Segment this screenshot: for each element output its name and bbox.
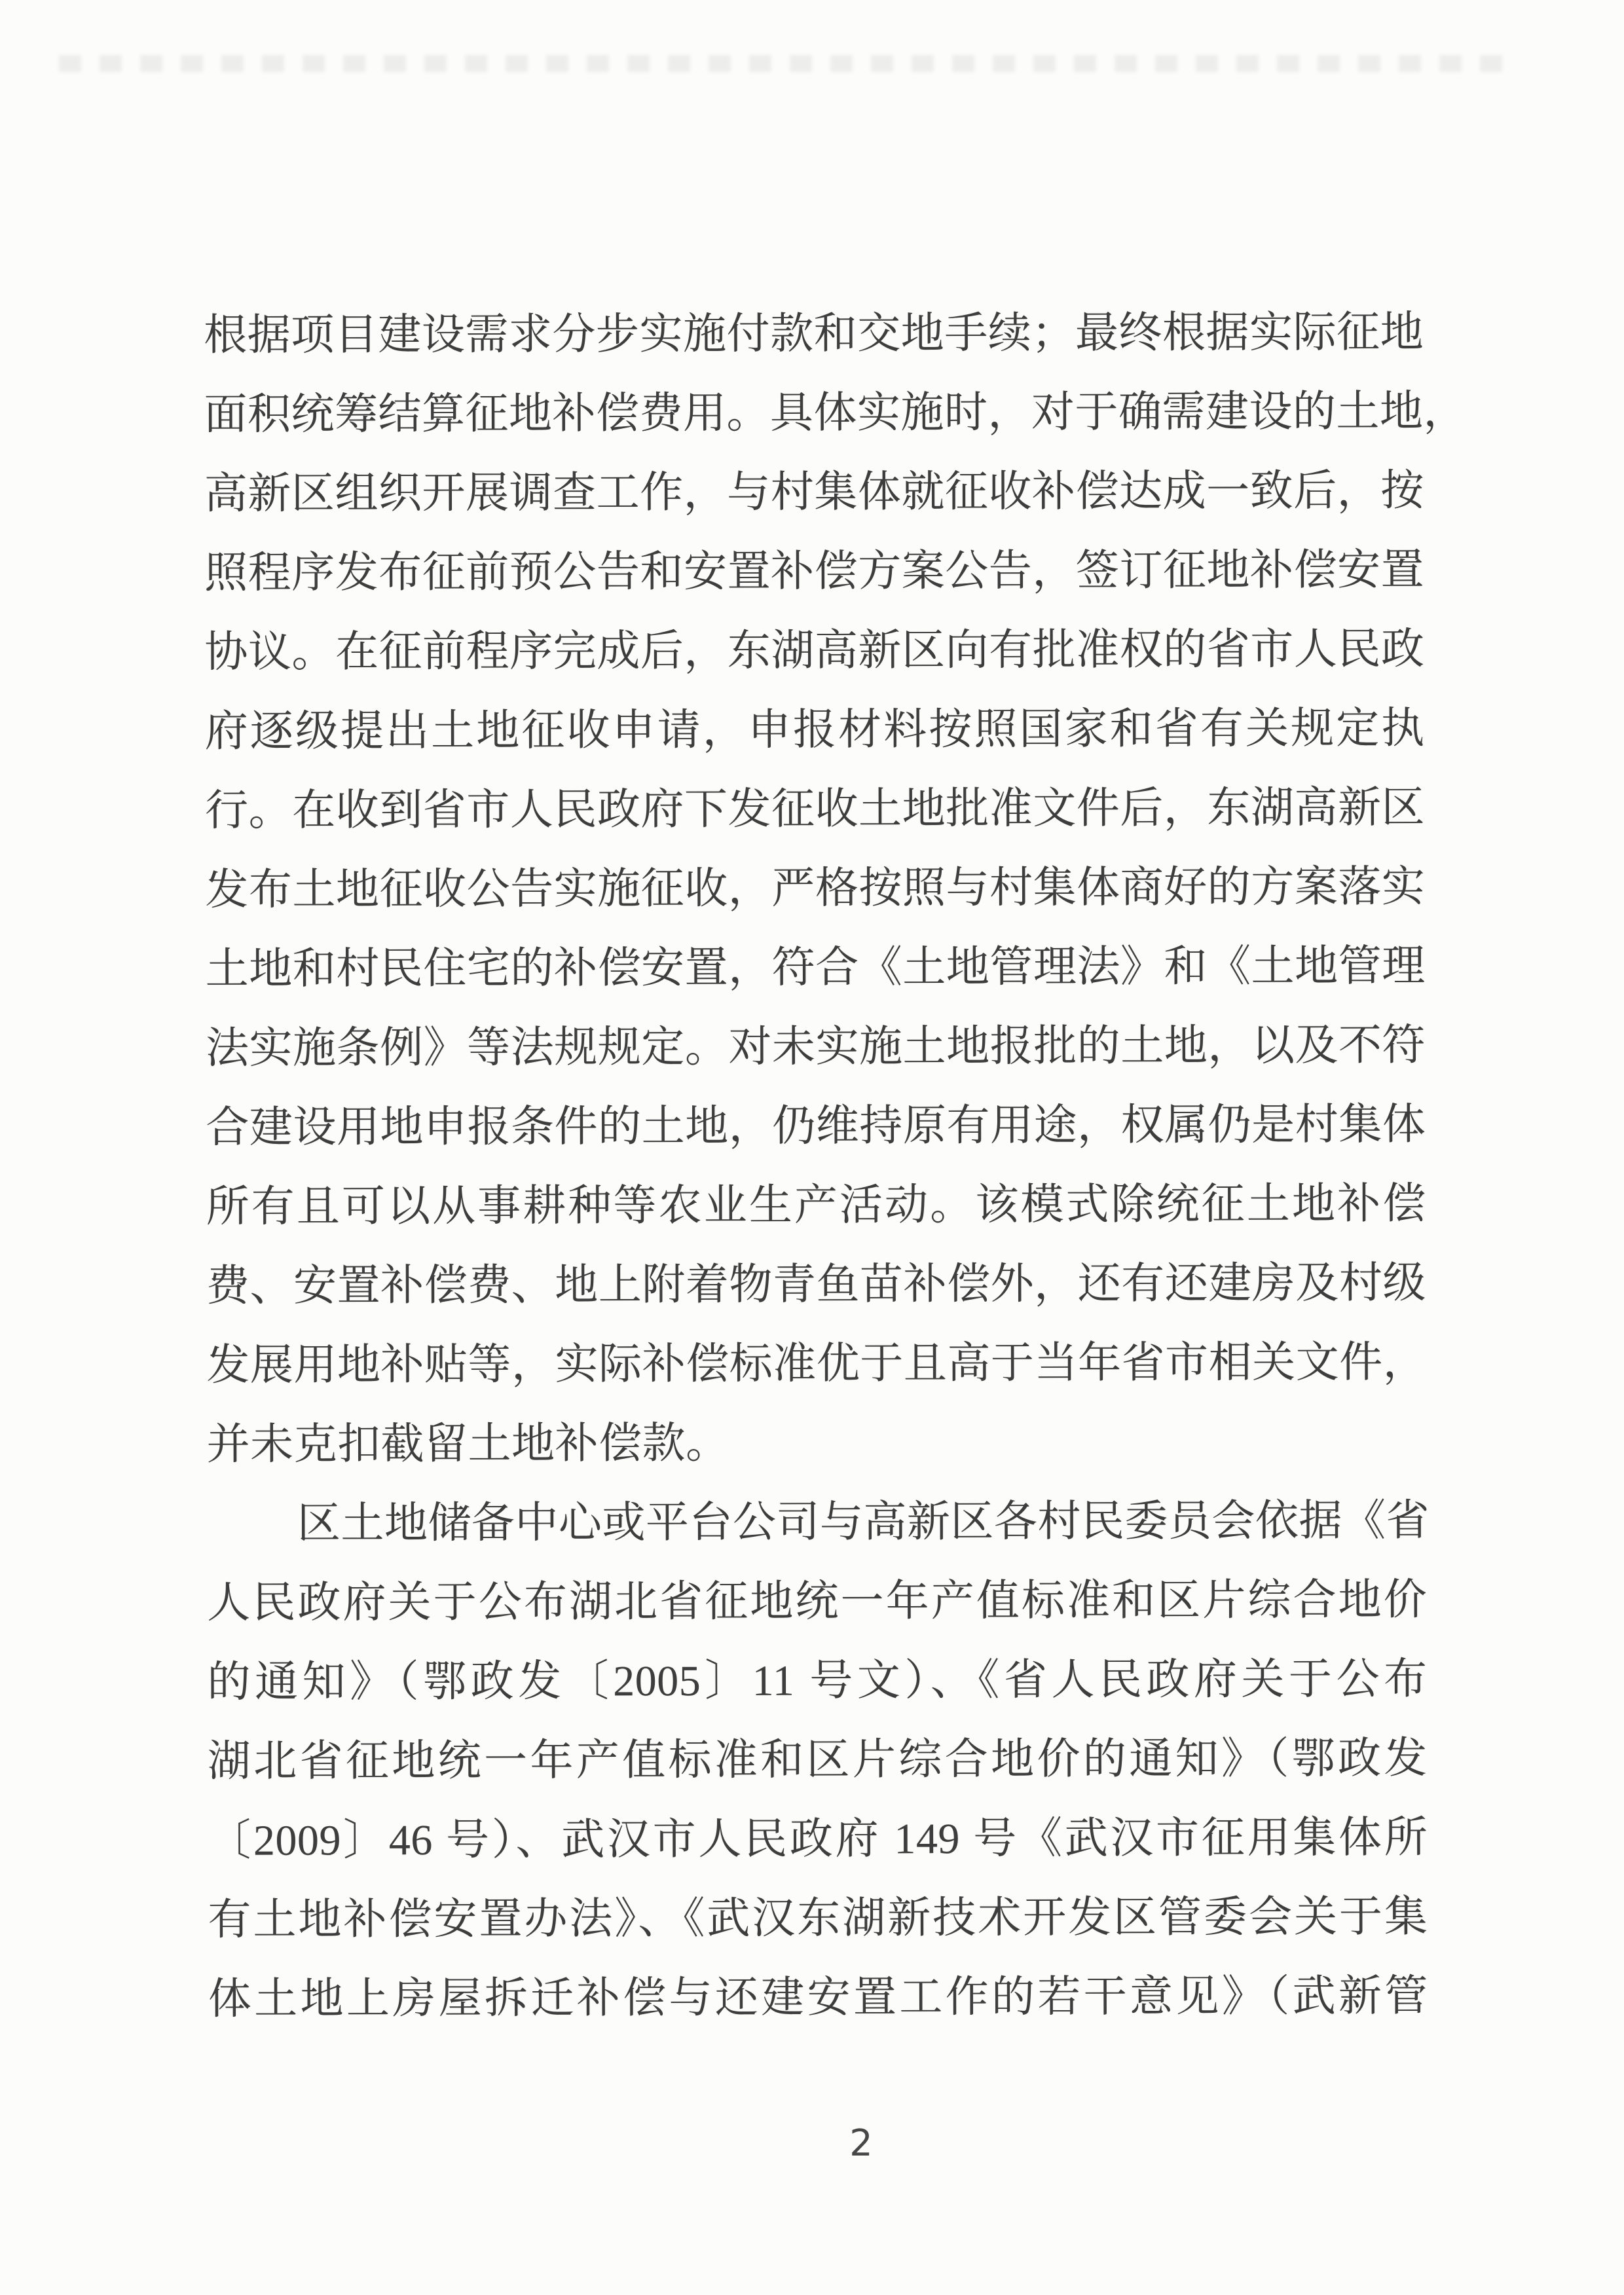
text-line: 行。在收到省市人民政府下发征收土地批准文件后，东湖高新区 xyxy=(205,768,1425,851)
text-line: 合建设用地申报条件的土地，仍维持原有用途，权属仍是村集体 xyxy=(206,1085,1426,1167)
text-line: 人民政府关于公布湖北省征地统一年产值标准和区片综合地价 xyxy=(207,1560,1427,1643)
text-line: 费、安置补偿费、地上附着物青鱼苗补偿外，还有还建房及村级 xyxy=(206,1243,1426,1326)
text-line: 所有且可以从事耕种等农业生产活动。该模式除统征土地补偿 xyxy=(206,1164,1426,1247)
text-line: 协议。在征前程序完成后，东湖高新区向有批准权的省市人民政 xyxy=(204,610,1424,692)
text-line: 法实施条例》等法规规定。对未实施土地报批的土地，以及不符 xyxy=(206,1006,1426,1088)
text-line: 区土地储备中心或平台公司与高新区各村民委员会依据《省 xyxy=(207,1481,1427,1564)
document-text-block: 根据项目建设需求分步实施付款和交地手续；最终根据实际征地 面积统筹结算征地补偿费… xyxy=(204,293,1428,2039)
text-line: 并未克扣截留土地补偿款。 xyxy=(206,1402,1426,1484)
text-line: 面积统筹结算征地补偿费用。具体实施时，对于确需建设的土地， xyxy=(204,372,1424,454)
text-line: 土地和村民住宅的补偿安置，符合《土地管理法》和《土地管理 xyxy=(206,927,1426,1009)
text-line: 照程序发布征前预公告和安置补偿方案公告，签订征地补偿安置 xyxy=(204,530,1424,613)
text-line: 根据项目建设需求分步实施付款和交地手续；最终根据实际征地 xyxy=(204,293,1424,375)
text-line: 体土地上房屋拆迁补偿与还建安置工作的若干意见》（武新管 xyxy=(208,1956,1428,2039)
text-line: 发布土地征收公告实施征收，严格按照与村集体商好的方案落实 xyxy=(205,847,1425,930)
text-line: 府逐级提出土地征收申请，申报材料按照国家和省有关规定执 xyxy=(205,689,1425,771)
text-line: 〔2009〕46 号）、武汉市人民政府 149 号《武汉市征用集体所 xyxy=(208,1798,1428,1881)
text-line: 发展用地补贴等，实际补偿标准优于且高于当年省市相关文件， xyxy=(206,1323,1426,1405)
page-number: 2 xyxy=(832,2120,891,2167)
scan-artifact xyxy=(59,55,1519,72)
text-line: 有土地补偿安置办法》、《武汉东湖新技术开发区管委会关于集 xyxy=(208,1877,1428,1960)
text-line: 的通知》（鄂政发〔2005〕11 号文）、《省人民政府关于公布 xyxy=(207,1640,1427,1722)
scanned-document-page: 根据项目建设需求分步实施付款和交地手续；最终根据实际征地 面积统筹结算征地补偿费… xyxy=(0,0,1624,2295)
text-line: 高新区组织开展调查工作，与村集体就征收补偿达成一致后，按 xyxy=(204,451,1424,534)
text-line: 湖北省征地统一年产值标准和区片综合地价的通知》（鄂政发 xyxy=(208,1719,1428,1801)
